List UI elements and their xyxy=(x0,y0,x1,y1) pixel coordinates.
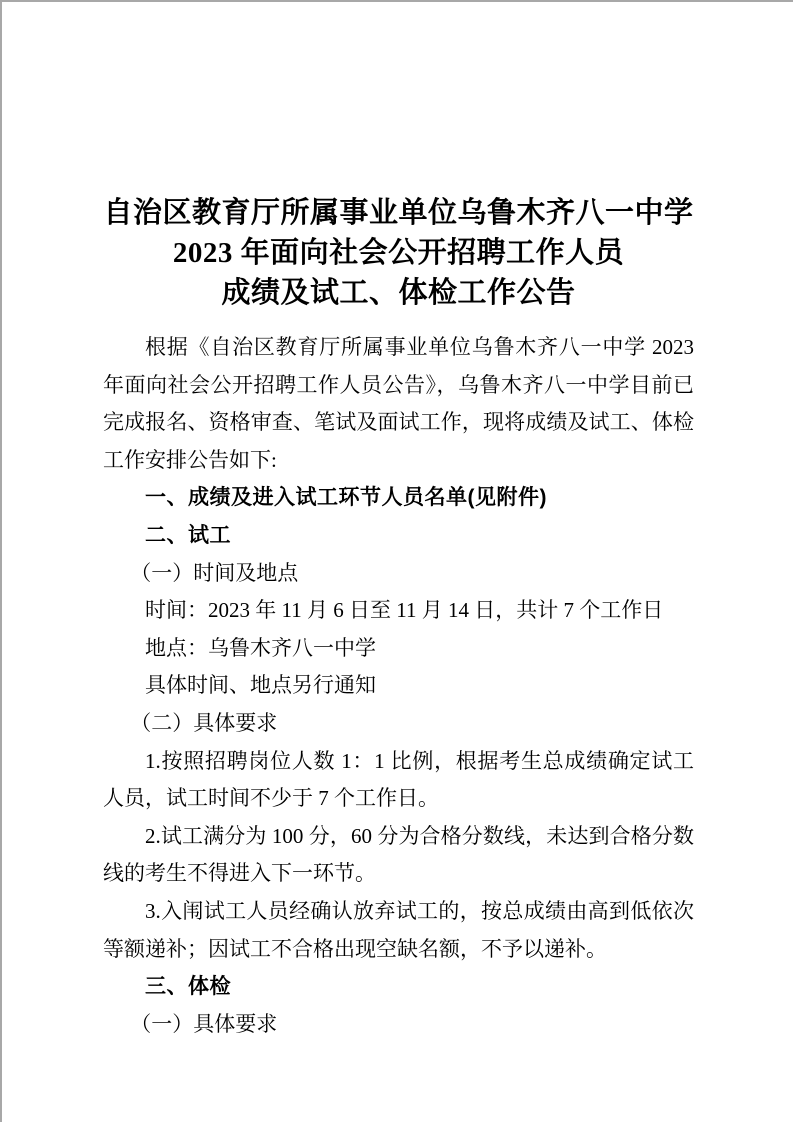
title-line-3: 成绩及试工、体检工作公告 xyxy=(103,273,694,313)
title-line-2: 2023 年面向社会公开招聘工作人员 xyxy=(103,233,694,273)
document-page: 自治区教育厅所属事业单位乌鲁木齐八一中学 2023 年面向社会公开招聘工作人员 … xyxy=(0,0,793,1122)
intro-paragraph: 根据《自治区教育厅所属事业单位乌鲁木齐八一中学 2023 年面向社会公开招聘工作… xyxy=(103,329,694,479)
requirement-item-2: 2.试工满分为 100 分，60 分为合格分数线，未达到合格分数线的考生不得进入… xyxy=(103,818,694,893)
section-3-heading: 三、体检 xyxy=(103,968,694,1006)
trial-time-line: 时间：2023 年 11 月 6 日至 11 月 14 日，共计 7 个工作日 xyxy=(103,592,694,630)
requirement-item-1: 1.按照招聘岗位人数 1：1 比例，根据考生总成绩确定试工人员，试工时间不少于 … xyxy=(103,743,694,818)
section-2-subheading-1: （一）时间及地点 xyxy=(103,555,694,593)
section-2-heading: 二、试工 xyxy=(103,517,694,555)
requirement-item-3: 3.入闱试工人员经确认放弃试工的，按总成绩由高到低依次等额递补；因试工不合格出现… xyxy=(103,893,694,968)
section-3-subheading-1: （一）具体要求 xyxy=(103,1006,694,1044)
title-line-1: 自治区教育厅所属事业单位乌鲁木齐八一中学 xyxy=(103,193,694,233)
trial-notice-line: 具体时间、地点另行通知 xyxy=(103,667,694,705)
section-2-subheading-2: （二）具体要求 xyxy=(103,705,694,743)
section-1-heading: 一、成绩及进入试工环节人员名单(见附件) xyxy=(103,479,694,517)
trial-location-line: 地点：乌鲁木齐八一中学 xyxy=(103,630,694,668)
document-title: 自治区教育厅所属事业单位乌鲁木齐八一中学 2023 年面向社会公开招聘工作人员 … xyxy=(103,193,694,313)
